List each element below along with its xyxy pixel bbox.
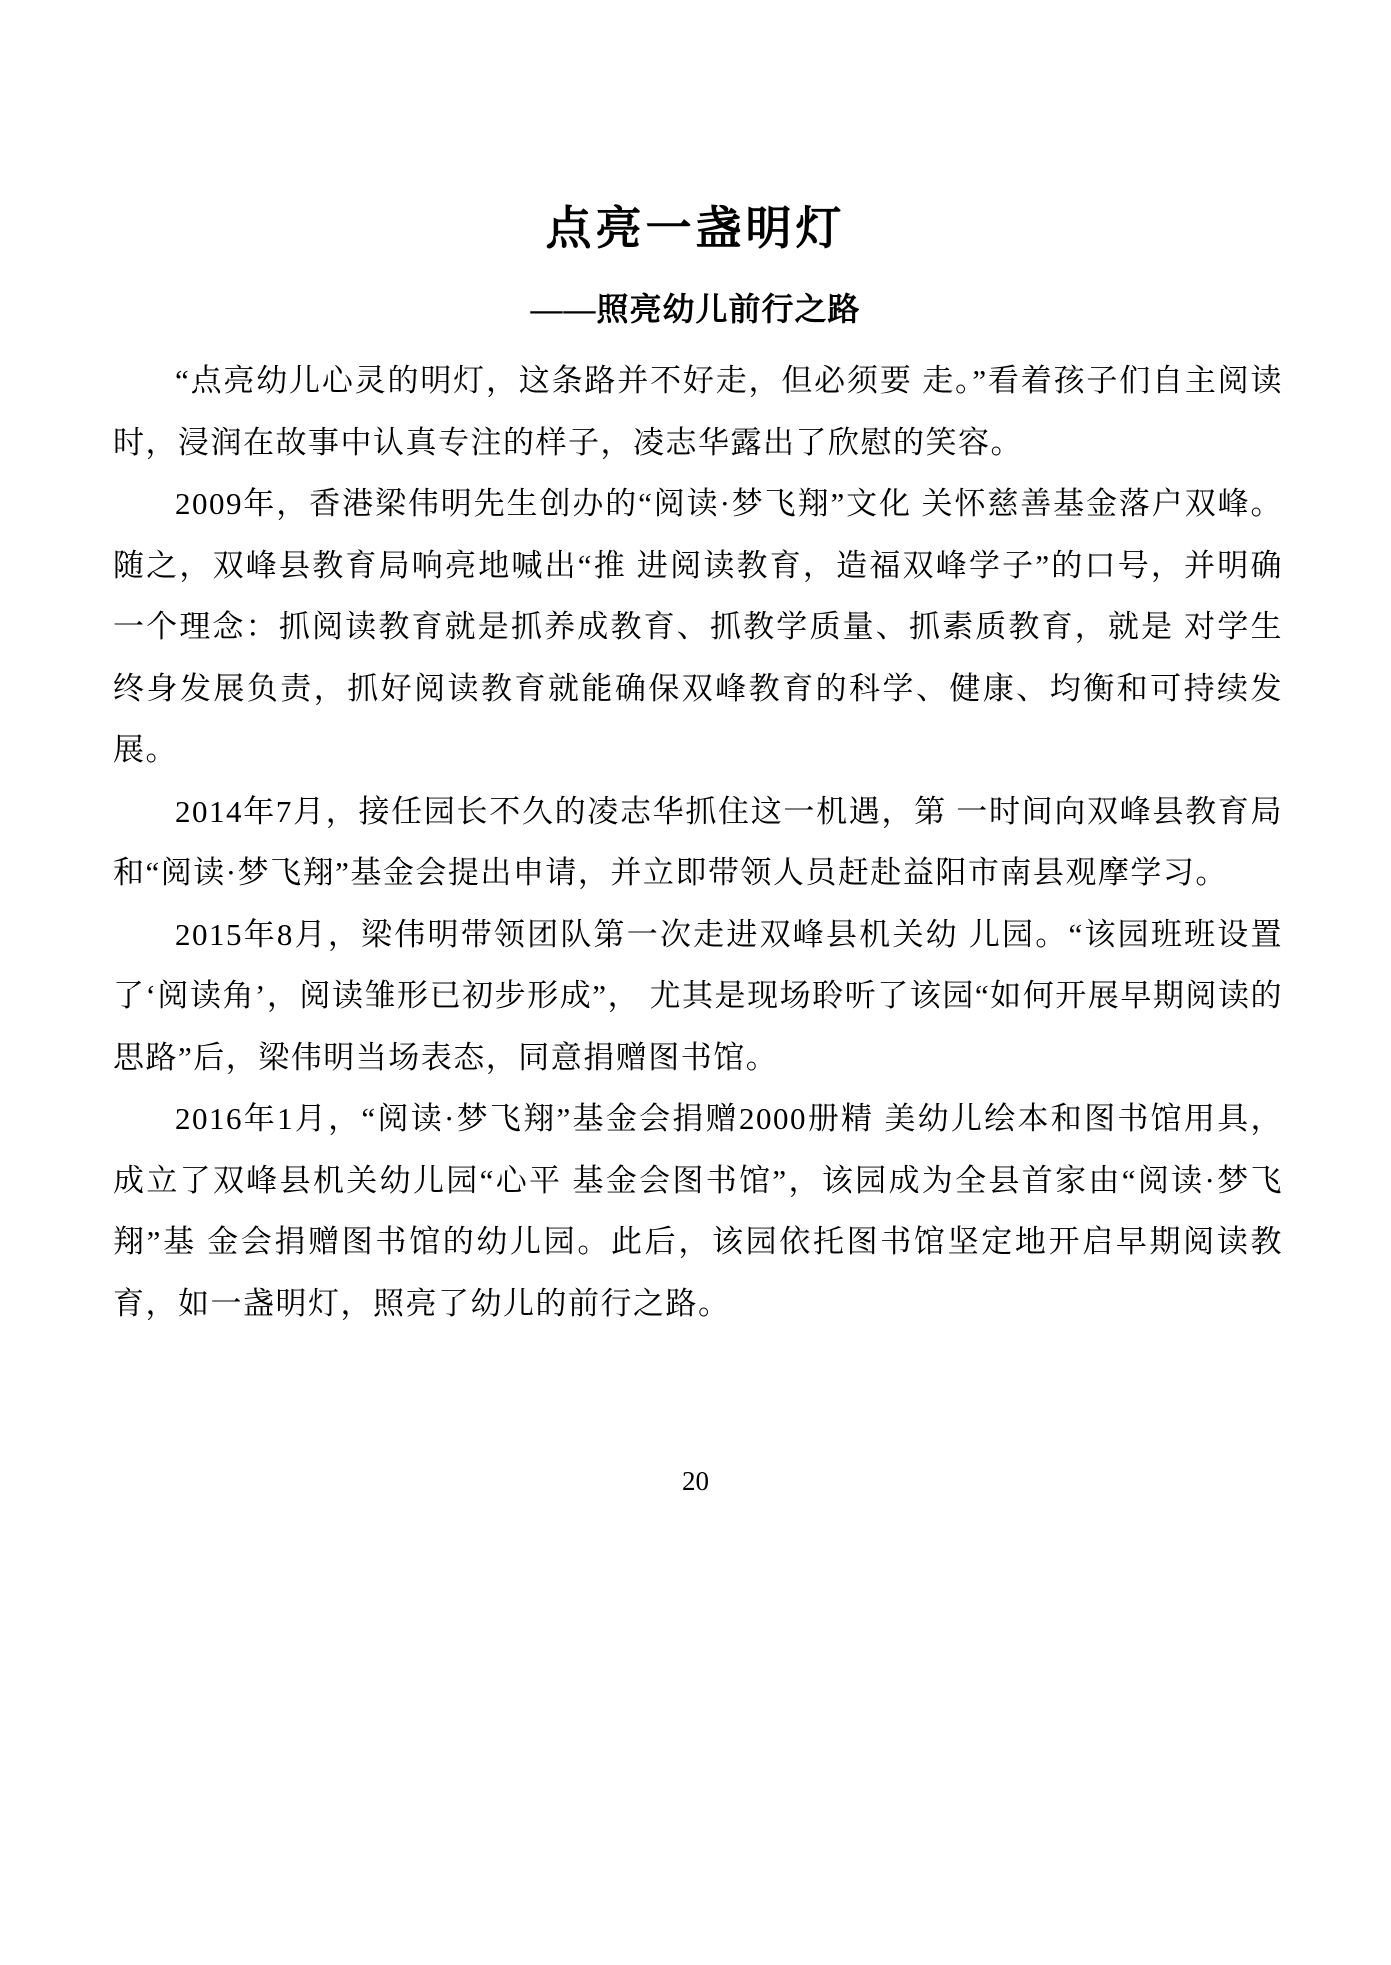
paragraph-2015: 2015年8月，梁伟明带领团队第一次走进双峰县机关幼 儿园。“该园班班设置了‘阅… <box>113 904 1283 1089</box>
page-number: 20 <box>0 1466 1391 1497</box>
paragraph-2009: 2009年，香港梁伟明先生创办的“阅读·梦飞翔”文化 关怀慈善基金落户双峰。随之… <box>113 473 1283 781</box>
paragraph-2014: 2014年7月，接任园长不久的凌志华抓住这一机遇，第 一时间向双峰县教育局和“阅… <box>113 781 1283 904</box>
paragraph-2016: 2016年1月，“阅读·梦飞翔”基金会捐赠2000册精 美幼儿绘本和图书馆用具，… <box>113 1088 1283 1334</box>
document-body: “点亮幼儿心灵的明灯，这条路并不好走，但必须要 走。”看着孩子们自主阅读时，浸润… <box>113 350 1283 1334</box>
document-subtitle: ——照亮幼儿前行之路 <box>0 284 1391 330</box>
paragraph-intro-quote: “点亮幼儿心灵的明灯，这条路并不好走，但必须要 走。”看着孩子们自主阅读时，浸润… <box>113 350 1283 473</box>
document-page: 点亮一盏明灯 ——照亮幼儿前行之路 “点亮幼儿心灵的明灯，这条路并不好走，但必须… <box>0 0 1391 1965</box>
document-title: 点亮一盏明灯 <box>0 192 1391 258</box>
